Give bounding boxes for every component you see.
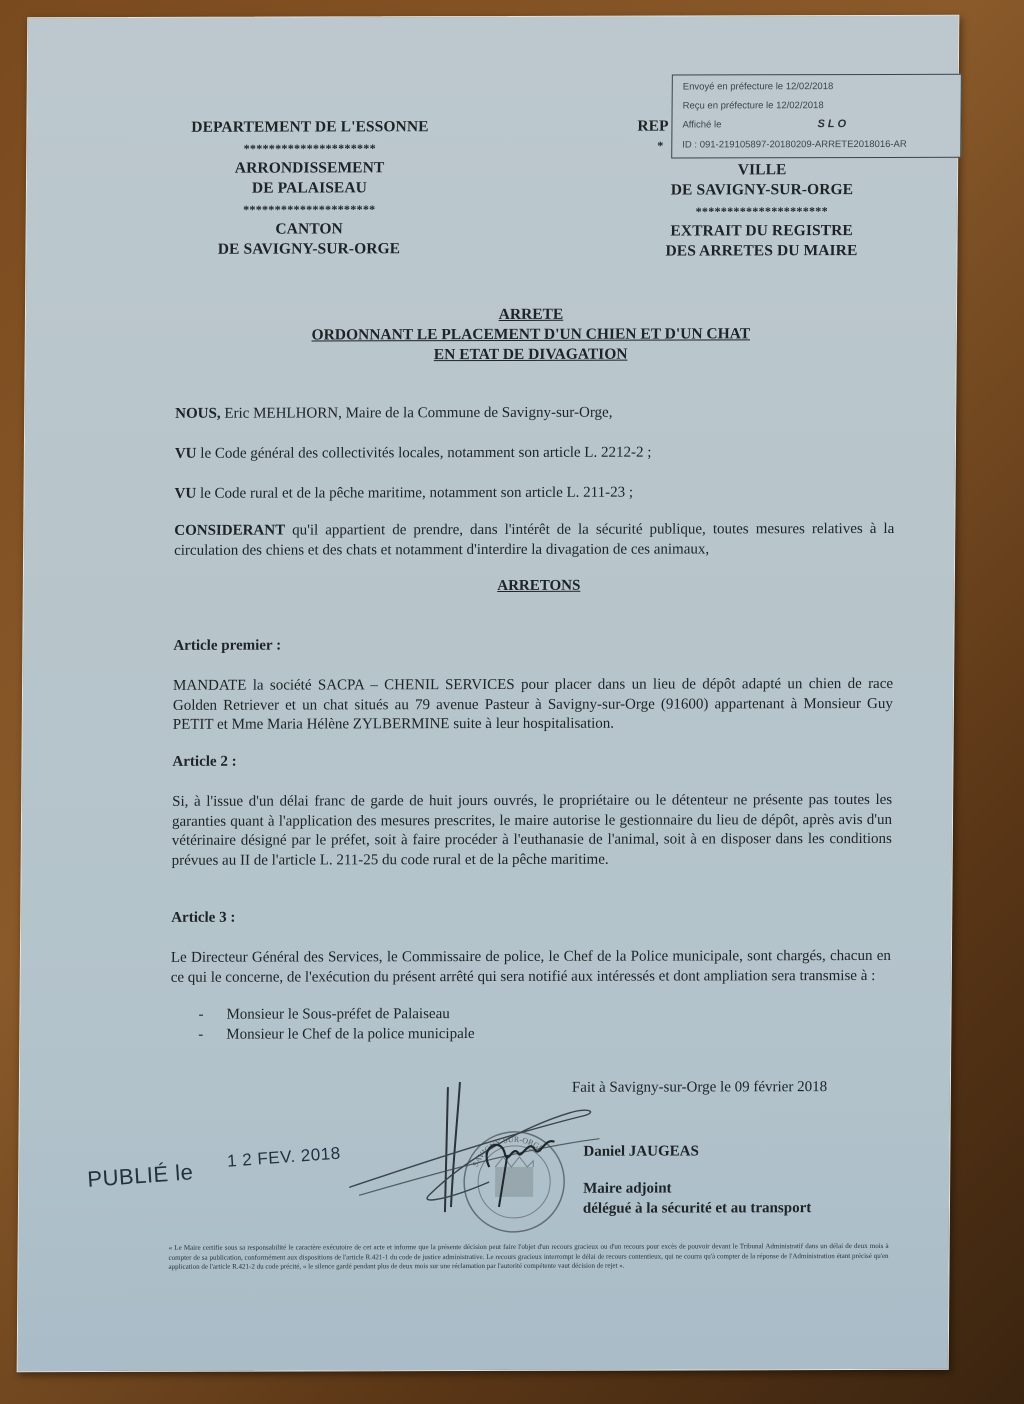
nous-label: NOUS, (175, 406, 221, 422)
decree-title: ARRETE ORDONNANT LE PLACEMENT D'UN CHIEN… (166, 304, 896, 366)
title-line3: EN ETAT DE DIVAGATION (166, 344, 896, 366)
stars-divider: ********************* (167, 202, 452, 218)
header-right: VILLE DE SAVIGNY-SUR-ORGE **************… (626, 160, 897, 262)
arretons-heading: ARRETONS (164, 577, 914, 596)
article-2-text: Si, à l'issue d'un délai franc de garde … (172, 791, 893, 871)
article-3-heading: Article 3 : (171, 910, 235, 927)
recipient-item: -Monsieur le Sous-préfet de Palaiseau (198, 1005, 449, 1025)
vu2-text: le Code rural et de la pêche maritime, n… (196, 485, 633, 502)
prefecture-stamp: Envoyé en préfecture le 12/02/2018 Reçu … (671, 74, 962, 159)
vu1-paragraph: VU le Code général des collectivités loc… (175, 443, 895, 464)
canton-line1: CANTON (167, 219, 452, 240)
article-1-heading: Article premier : (173, 638, 281, 655)
arrondissement-line1: ARRONDISSEMENT (167, 158, 452, 179)
received-date: Reçu en préfecture le 12/02/2018 (683, 100, 824, 111)
title-line1: ARRETE (166, 304, 896, 326)
header-left: DEPARTEMENT DE L'ESSONNE ***************… (166, 117, 452, 260)
stars-divider: ********************* (167, 141, 452, 157)
published-label: PUBLIÉ le (87, 1159, 194, 1192)
vu2-label: VU (175, 486, 197, 502)
ville-line2: DE SAVIGNY-SUR-ORGE (627, 180, 897, 201)
star-mark: * (657, 139, 663, 154)
act-id: ID : 091-219105897-20180209-ARRETE201801… (682, 139, 907, 151)
document-page: DEPARTEMENT DE L'ESSONNE ***************… (17, 15, 960, 1372)
considerant-label: CONSIDERANT (174, 523, 285, 539)
article-1-text: MANDATE la société SACPA – CHENIL SERVIC… (173, 675, 893, 735)
canton-line2: DE SAVIGNY-SUR-ORGE (166, 239, 451, 260)
slo-mark: SLO (817, 118, 849, 130)
title-line2: ORDONNANT LE PLACEMENT D'UN CHIEN ET D'U… (166, 324, 896, 346)
arrondissement-line2: DE PALAISEAU (167, 178, 452, 199)
signatory-role-2: délégué à la sécurité et au transport (583, 1200, 811, 1218)
signature-icon (349, 1077, 600, 1228)
extract-line2: DES ARRETES DU MAIRE (626, 241, 896, 262)
republic-label: REP (637, 118, 668, 136)
published-stamp: PUBLIÉ le 1 2 FEV. 2018 (87, 1149, 342, 1193)
extract-line1: EXTRAIT DU REGISTRE (627, 221, 897, 242)
considerant-paragraph: CONSIDERANT qu'il appartient de prendre,… (174, 520, 894, 561)
department-label: DEPARTEMENT DE L'ESSONNE (167, 117, 452, 138)
ville-line1: VILLE (627, 160, 897, 181)
bullet-dash: - (198, 1026, 226, 1046)
published-date: 1 2 FEV. 2018 (227, 1144, 342, 1171)
vu1-text: le Code général des collectivités locale… (196, 445, 651, 462)
stars-divider: ********************* (627, 204, 897, 220)
nous-text: Eric MEHLHORN, Maire de la Commune de Sa… (221, 405, 613, 422)
posted-label: Affiché le (682, 119, 721, 130)
recipient-text: Monsieur le Chef de la police municipale (226, 1026, 474, 1043)
bullet-dash: - (198, 1006, 226, 1026)
legal-footnote: « Le Maire certifie sous sa responsabili… (168, 1242, 888, 1272)
recipient-text: Monsieur le Sous-préfet de Palaiseau (226, 1006, 449, 1023)
sent-date: Envoyé en préfecture le 12/02/2018 (683, 81, 834, 92)
signatory-role-1: Maire adjoint (583, 1181, 672, 1198)
vu2-paragraph: VU le Code rural et de la pêche maritime… (174, 483, 894, 504)
article-3-text: Le Directeur Général des Services, le Co… (171, 947, 891, 988)
nous-paragraph: NOUS, Eric MEHLHORN, Maire de la Commune… (175, 403, 895, 424)
recipient-item: -Monsieur le Chef de la police municipal… (198, 1025, 474, 1045)
vu1-label: VU (175, 446, 197, 462)
article-2-heading: Article 2 : (172, 754, 236, 771)
signatory-name: Daniel JAUGEAS (583, 1143, 699, 1160)
place-date: Fait à Savigny-sur-Orge le 09 février 20… (572, 1079, 827, 1097)
